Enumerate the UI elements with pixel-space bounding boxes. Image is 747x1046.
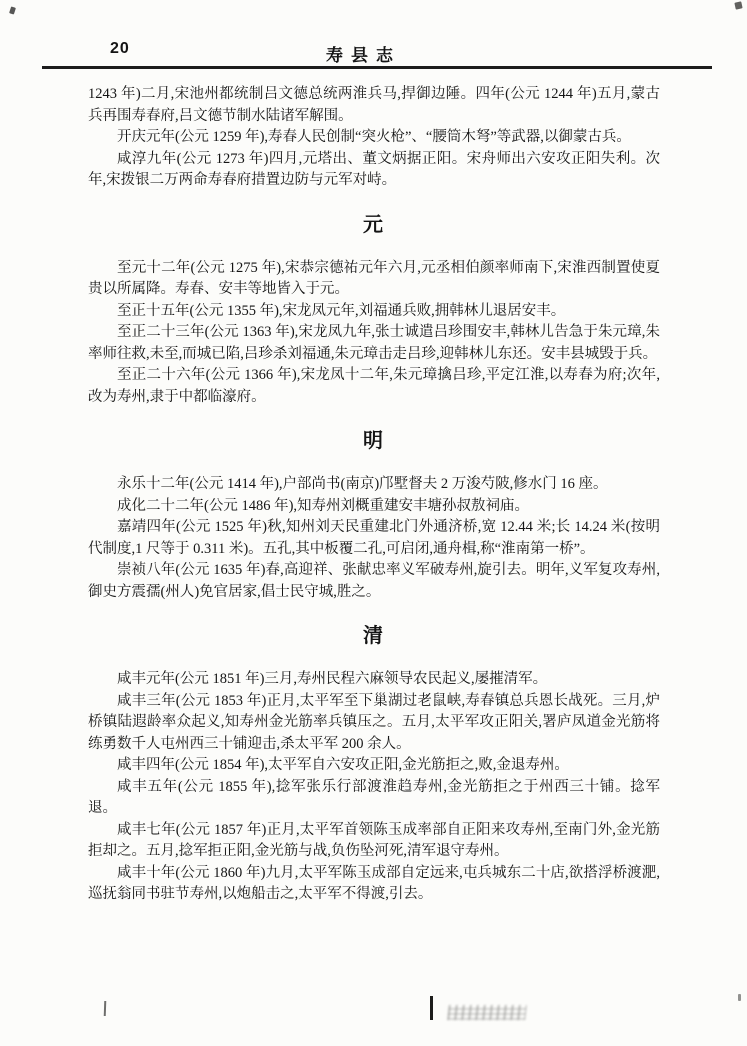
paragraph: 咸丰五年(公元 1855 年),捻军张乐行部渡淮趋寿州,金光筋拒之于州西三十铺。… <box>88 777 660 820</box>
paragraph: 咸丰元年(公元 1851 年)三月,寿州民程六麻领导农民起义,屡摧清军。 <box>88 669 660 691</box>
footer-bar-mark <box>430 996 433 1020</box>
section-yuan: 至元十二年(公元 1275 年),宋恭宗德祐元年六月,元丞相伯颜率师南下,宋淮西… <box>88 258 660 409</box>
book-title: 寿县志 <box>0 41 727 66</box>
paragraph: 嘉靖四年(公元 1525 年)秋,知州刘天民重建北门外通济桥,宽 12.44 米… <box>88 517 660 560</box>
paragraph: 至正二十三年(公元 1363 年),宋龙凤九年,张士诚遣吕珍围安丰,韩林儿告急于… <box>88 322 660 365</box>
footer-smudge-mark <box>447 1005 527 1020</box>
page-body: 1243 年)二月,宋池州都统制吕文德总统两淮兵马,捍御边陲。四年(公元 124… <box>88 84 660 906</box>
header-rule <box>42 66 712 69</box>
section-heading-ming: 明 <box>88 426 660 456</box>
paragraph: 咸淳九年(公元 1273 年)四月,元塔出、董文炳据正阳。宋舟师出六安攻正阳失利… <box>88 149 660 192</box>
section-heading-yuan: 元 <box>88 210 660 240</box>
section-song-continued: 1243 年)二月,宋池州都统制吕文德总统两淮兵马,捍御边陲。四年(公元 124… <box>88 84 660 192</box>
scan-speck <box>9 6 16 14</box>
paragraph: 咸丰十年(公元 1860 年)九月,太平军陈玉成部自定远来,屯兵城东二十店,欲搭… <box>88 863 660 906</box>
paragraph: 崇祯八年(公元 1635 年)春,高迎祥、张献忠率义军破寿州,旋引去。明年,义军… <box>88 560 660 603</box>
paragraph: 成化二十二年(公元 1486 年),知寿州刘概重建安丰塘孙叔敖祠庙。 <box>88 496 660 518</box>
section-qing: 咸丰元年(公元 1851 年)三月,寿州民程六麻领导农民起义,屡摧清军。 咸丰三… <box>88 669 660 906</box>
gazetteer-page: 20 寿县志 1243 年)二月,宋池州都统制吕文德总统两淮兵马,捍御边陲。四年… <box>0 0 747 1046</box>
paragraph: 咸丰七年(公元 1857 年)正月,太平军首领陈玉成率部自正阳来攻寿州,至南门外… <box>88 820 660 863</box>
paragraph: 至元十二年(公元 1275 年),宋恭宗德祐元年六月,元丞相伯颜率师南下,宋淮西… <box>88 258 660 301</box>
paragraph: 开庆元年(公元 1259 年),寿春人民创制“突火枪”、“腰筒木弩”等武器,以御… <box>88 127 660 149</box>
paragraph: 永乐十二年(公元 1414 年),户部尚书(南京)邝墅督夫 2 万浚芍陂,修水门… <box>88 474 660 496</box>
footer-tick-mark <box>104 1001 107 1016</box>
scan-speck <box>734 1 742 9</box>
paragraph: 至正十五年(公元 1355 年),宋龙凤元年,刘福通兵败,拥韩林儿退居安丰。 <box>88 301 660 323</box>
section-ming: 永乐十二年(公元 1414 年),户部尚书(南京)邝墅督夫 2 万浚芍陂,修水门… <box>88 474 660 603</box>
section-heading-qing: 清 <box>88 621 660 651</box>
paragraph: 至正二十六年(公元 1366 年),宋龙凤十二年,朱元璋擒吕珍,平定江淮,以寿春… <box>88 365 660 408</box>
paragraph: 咸丰四年(公元 1854 年),太平军自六安攻正阳,金光筋拒之,败,金退寿州。 <box>88 755 660 777</box>
paragraph: 1243 年)二月,宋池州都统制吕文德总统两淮兵马,捍御边陲。四年(公元 124… <box>88 84 660 127</box>
paragraph: 咸丰三年(公元 1853 年)正月,太平军至下巢湖过老鼠峡,寿春镇总兵恩长战死。… <box>88 691 660 756</box>
scan-speck <box>738 994 741 1001</box>
